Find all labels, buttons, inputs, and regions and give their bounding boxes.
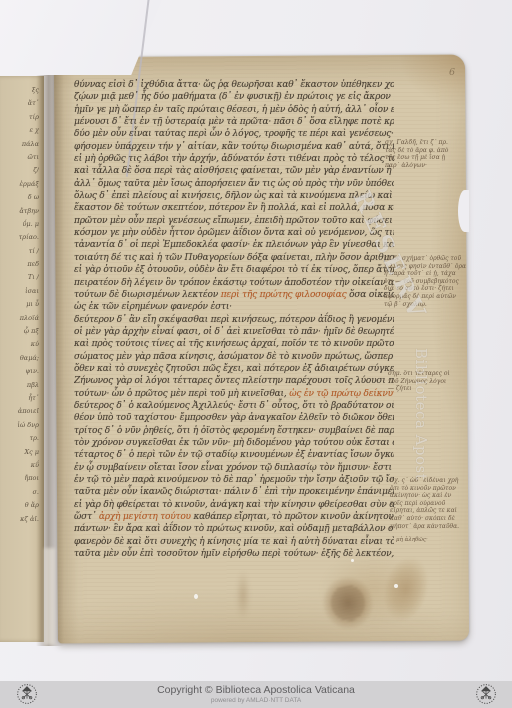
left-page-fragment: ἧτ᾽ (0, 392, 39, 405)
manuscript-line: κόσμον γε μὴν οὐδὲν ἧττον ὁρῶμεν ἀΐδιον … (74, 227, 394, 239)
margin-note-line: ἡ λύσις φησὶν ἐνταῦθ᾽ ὅρα· (384, 263, 466, 271)
left-page-fragment: ἰώ δνρ (0, 419, 39, 432)
left-page-fragment: ξς (0, 84, 39, 97)
line-text: τρίτος δ᾽ ὁ νῦν ῥηθείς, ὅτι ἡ ὀϊστὸς φερ… (74, 426, 394, 436)
line-text: εἰ μὴ ὀρθῶς τις λάβοι τὴν ἀρχήν, ἀδύνατό… (74, 154, 394, 164)
line-text: ἕκαστον δὲ τούτων σκεπτέον, πότερον ἓν ἢ… (74, 203, 394, 213)
left-page-fragment: κύ (0, 338, 39, 351)
margin-note-line: ἀκίνητον· ὡς καὶ ἐν (390, 492, 472, 500)
manuscript-line: δύο μὲν οὖν εἶναι ταύτας περὶ ὧν ὁ λόγος… (74, 128, 394, 140)
parchment-hole (194, 594, 198, 599)
manuscript-line: δεύτερος δ᾽ ὁ καλούμενος Ἀχιλλεύς· ἔστι … (74, 400, 394, 412)
manuscript-line: τὸν χρόνον συγκεῖσθαι ἐκ τῶν νῦν· μὴ διδ… (74, 437, 394, 449)
line-text: κόσμον γε μὴν οὐδὲν ἧττον ὁρῶμεν ἀΐδιον … (74, 228, 394, 238)
manuscript-line: ὥστ᾽ ἀρχὴ μεγίστη τούτου καθάπερ εἴρηται… (74, 511, 394, 523)
line-text: πειρατέον δὴ λέγειν ὃν τρόπον ἑκάστῳ τού… (74, 278, 394, 288)
left-page-fragment: ἄτβην (0, 205, 39, 218)
margin-note-3: σημ. ὅτι τέτταρες οἱτοῦ Ζήνωνος λόγοι— ζ… (388, 370, 470, 393)
left-page-text-fragments: ξςἅτ᾽τίρε χπάλαῶτιζ/ἑρμάξδ ωἄτβηνΰμ. μτρ… (0, 84, 39, 526)
line-text: ὥστ᾽ (74, 512, 99, 522)
manuscript-line: καὶ πρὸς τούτοις τίνες αἱ τῆς κινήσεως ἀ… (74, 338, 394, 350)
manuscript-line: φανερὸν δὲ καὶ ὅτι συνεχὴς ἡ κίνησις μία… (74, 536, 394, 548)
margin-note-line: εἴρηται, ἁπλῶς τε καὶ (390, 507, 472, 515)
line-text: ὅθεν καὶ τὸ συνεχὲς ζητοῦσι πῶς ἔχει, κα… (74, 364, 394, 374)
manuscript-line: τέταρτος δ᾽ ὁ περὶ τῶν ἐν τῷ σταδίῳ κινο… (74, 449, 394, 461)
margin-note-line: τῷ β´ σχολίῳ. (384, 301, 466, 309)
line-text: θύννας εἰσὶ δ᾽ ἰχθύδια ἄττα· ὥς ῥᾳ θεωρῆ… (74, 80, 394, 90)
manuscript-line: ὅλως δ᾽ ἐπεὶ πλείους αἱ κινήσεις, δῆλον … (74, 190, 394, 202)
left-page-fragment: Τι / (0, 271, 39, 284)
footer-bar: Copyright © Biblioteca Apostolica Vatica… (0, 681, 512, 708)
margin-note-line: καθ᾽ αὑτό· σκόπει δὲ (390, 515, 472, 523)
margin-note-line: ἀφορμᾶς δὲ περὶ αὐτῶν (384, 293, 466, 301)
line-text: ταῦτα μὲν οὖν ἱκανῶς διώρισται· πάλιν δ᾽… (74, 487, 394, 497)
margin-note-line: παρ᾽ ἀλόγων· (385, 162, 467, 170)
line-text: τἀναντία δ᾽ οἱ περὶ Ἐμπεδοκλέα φασίν· ἐκ… (74, 240, 394, 250)
margin-note-line: μήποτ᾽ ἄρα κἀνταῦθα. (390, 523, 472, 531)
line-text: καὶ πρὸς τούτοις τίνες αἱ τῆς κινήσεως ἀ… (74, 339, 394, 349)
manuscript-line: θέον ὑπὸ τοῦ ταχίστου· ἔμπροσθεν γὰρ ἀνα… (74, 412, 394, 424)
line-text: πρῶτον μὲν οὖν περὶ γενέσεως εἴπωμεν, ἐπ… (74, 216, 394, 226)
left-page-fragment: ἑρμάξ (0, 178, 39, 191)
margin-note-line: — ζήτει (388, 385, 470, 393)
line-text: τούτων· ὧν ὁ πρῶτος μὲν περὶ τοῦ μὴ κινε… (74, 389, 289, 399)
line-text: τοιαύτη δέ τις καὶ ἡ τῶν Πυθαγορείων δόξ… (74, 253, 394, 263)
manuscript-line: οἱ μὲν γὰρ ἀρχὴν εἶναί φασι, οἱ δ᾽ ἀεὶ κ… (74, 326, 394, 338)
left-page-fragment: ῶτι (0, 151, 39, 164)
manuscript-line: φήσομεν ὑπάρχειν τήν γ᾽ αἰτίαν, κἂν τούτ… (74, 141, 394, 153)
margin-note-line: τὰς δὲ τὸ ἄρα φ. ἀπὸ (385, 147, 467, 155)
vatican-seal-icon (16, 683, 38, 705)
manuscript-line: Ζήνωνος γὰρ οἱ λόγοι τέτταρες ὄντες πλεί… (74, 375, 394, 387)
manuscript-line: εἰ γὰρ ὁτιοῦν ἐξ ὁτουοῦν, οὐδὲν ἂν ἔτι δ… (74, 264, 394, 276)
manuscript-line: ταῦτα μὲν οὖν ἐπὶ τοσοῦτον ἡμῖν εἰρήσθω … (74, 548, 394, 560)
left-page-fragment: ἤποι (0, 472, 39, 485)
manuscript-line: τούτων δὲ διωρισμένων λεκτέον περὶ τῆς π… (74, 289, 394, 301)
rubricated-text: ἀρχὴ μεγίστη τούτου (99, 512, 191, 522)
line-text: ὡς ἐκ τῶν εἰρημένων φανερόν ἐστι· (74, 302, 232, 312)
line-text: εἰ γὰρ δὴ φθείρεται τὸ κινοῦν, ἀνάγκη κα… (74, 500, 394, 510)
left-page-fragment: σ. (0, 486, 39, 499)
margin-note-line: τοῖς περὶ οὐρανοῦ (390, 500, 472, 508)
rubricated-text: περὶ τῆς πρώτης φιλοσοφίας (221, 290, 347, 300)
manuscript-line: θύννας εἰσὶ δ᾽ ἰχθύδια ἄττα· ὥς ῥᾳ θεωρῆ… (74, 79, 394, 91)
left-page-fragment: ΰμ. μ (0, 218, 39, 231)
margin-note-line: τῆς ἔσω τῇ μὲ ἴσα ᾖ (385, 154, 467, 162)
margin-note-line: ὅτι — τοῦ συμβεβηκότος (384, 278, 466, 286)
margin-note-line: ἢ παρὰ τοῦτ᾽ εἰ ᾖ, τάχα (384, 270, 466, 278)
manuscript-line: πρῶτον μὲν οὖν περὶ γενέσεως εἴπωμεν, ἐπ… (74, 215, 394, 227)
line-text: οἱ μὲν γὰρ ἀρχὴν εἶναί φασι, οἱ δ᾽ ἀεὶ κ… (74, 327, 394, 337)
left-page-fragment: τρίαο. (0, 231, 39, 244)
manuscript-line: ἀλλ᾽ ὅμως ταῦτα μὲν ἴσως ἀπορήσειεν ἄν τ… (74, 178, 394, 190)
left-page-fragment: πλοϊά (0, 312, 39, 325)
line-text: ἡμῖν γε μὴ ὥσπερ ἐν ταῖς πρώταις θέσεσι,… (74, 105, 394, 115)
catchword: μὴ ἀληθῶς· (396, 537, 428, 543)
line-text: δύο μὲν οὖν εἶναι ταύτας περὶ ὧν ὁ λόγος… (74, 129, 394, 139)
left-page-fragment: τί / (0, 245, 39, 258)
manuscript-line: πάντων· ἓν ἄρα καὶ ἀΐδιον τὸ πρώτως κινο… (74, 523, 394, 535)
left-page-fragment: κΰ (0, 459, 39, 472)
manuscript-line: τρίτος δ᾽ ὁ νῦν ῥηθείς, ὅτι ἡ ὀϊστὸς φερ… (74, 425, 394, 437)
vatican-seal-icon (475, 683, 497, 705)
left-page-fragment: θ ἅρ (0, 499, 39, 512)
gutter-fold-highlight (44, 548, 55, 645)
line-text: θέον ὑπὸ τοῦ ταχίστου· ἔμπροσθεν γὰρ ἀνα… (74, 413, 394, 423)
left-page-fragment: Χς μ (0, 446, 39, 459)
manuscript-line: δεύτερον δ᾽ ἂν εἴη σκέψασθαι περὶ κινήσε… (74, 314, 394, 326)
margin-note-line: τὰ δὲ σχήματ᾽ ὀρθῶς τοῦ (384, 255, 466, 263)
line-text: καὶ τἆλλα δὲ ὅσα περὶ τὰς αἰσθήσεις φαίν… (74, 166, 394, 176)
line-text: μένουσι δ᾽ ἔτι ἐν τῇ ὑστεραίᾳ μὲν τὰ πρῶ… (74, 117, 394, 127)
left-page-fragment: ἀποιεῖ (0, 405, 39, 418)
left-page-fragment: ἅτ᾽ (0, 97, 39, 110)
margin-note-2: τὰ δὲ σχήματ᾽ ὀρθῶς τοῦἡ λύσις φησὶν ἐντ… (384, 255, 466, 308)
line-text: πάντων· ἓν ἄρα καὶ ἀΐδιον τὸ πρώτως κινο… (74, 524, 394, 534)
left-page-fragment: πβλ (0, 379, 39, 392)
parchment-hole (351, 559, 354, 562)
line-text: ἀλλ᾽ ὅμως ταῦτα μὲν ἴσως ἀπορήσειεν ἄν τ… (74, 179, 394, 189)
left-page-fragment: κζ ἀϊ. (0, 513, 39, 526)
left-page-fragment: τρ. (0, 432, 39, 445)
line-text: τέταρτος δ᾽ ὁ περὶ τῶν ἐν τῷ σταδίῳ κινο… (74, 450, 394, 460)
left-page-fragment: ἰσαι (0, 285, 39, 298)
stain-streak (236, 570, 250, 620)
manuscript-line: τἀναντία δ᾽ οἱ περὶ Ἐμπεδοκλέα φασίν· ἐκ… (74, 239, 394, 251)
margin-note-line: ὅτι τὸ κινοῦν πρῶτον (390, 485, 472, 493)
line-text: σώματος μὲν γὰρ πᾶσα κίνησις, ἀσώματον δ… (74, 352, 394, 362)
manuscript-line: ἕκαστον δὲ τούτων σκεπτέον, πότερον ἓν ἢ… (74, 202, 394, 214)
line-text: Ζήνωνος γὰρ οἱ λόγοι τέτταρες ὄντες πλεί… (74, 376, 394, 386)
left-page-fragment: πεδ (0, 258, 39, 271)
powered-by-text: powered by AMLAD·NTT DATA (211, 697, 301, 705)
manuscript-line: καὶ τἆλλα δὲ ὅσα περὶ τὰς αἰσθήσεις φαίν… (74, 165, 394, 177)
line-text: ὅλως δ᾽ ἐπεὶ πλείους αἱ κινήσεις, δῆλον … (74, 191, 394, 201)
line-text: φήσομεν ὑπάρχειν τήν γ᾽ αἰτίαν, κἂν τούτ… (74, 142, 394, 152)
left-page-fragment: ε χ (0, 124, 39, 137)
manuscript-line: εἰ μὴ ὀρθῶς τις λάβοι τὴν ἀρχήν, ἀδύνατό… (74, 153, 394, 165)
manuscript-line: σώματος μὲν γὰρ πᾶσα κίνησις, ἀσώματον δ… (74, 351, 394, 363)
left-page-fragment: ζ/ (0, 164, 39, 177)
margin-note-1: σχ. Γαλδῆ, ἔτι ζ´ πρ.τὰς δὲ τὸ ἄρα φ. ἀπ… (385, 139, 467, 169)
manuscript-line: εἰ γὰρ δὴ φθείρεται τὸ κινοῦν, ἀνάγκη κα… (74, 499, 394, 511)
folio-number: 6 (449, 67, 455, 78)
left-page-fragment: μι ὗ (0, 298, 39, 311)
margin-note-line: διὰ τὸ αὐτὸ ἔστι· ζήτει (384, 285, 466, 293)
rubricated-text: ὡς ἐν τῷ πρώτῳ δείκνυται (289, 389, 394, 399)
manuscript-line: τούτων· ὧν ὁ πρῶτος μὲν περὶ τοῦ μὴ κινε… (74, 388, 394, 400)
left-page-fragment: ᾧ πξ (0, 325, 39, 338)
manuscript-line: τοιαύτη δέ τις καὶ ἡ τῶν Πυθαγορείων δόξ… (74, 252, 394, 264)
manuscript-line: ζῴων μιᾷ μεθ᾽ ἧς δύο μαθήματα (δ᾽ ἐν φυσ… (74, 91, 394, 103)
line-text: ἐν τῷ τὸ μὲν παρὰ κινούμενον τὸ δὲ παρ᾽ … (74, 475, 394, 485)
line-text: ἐν ᾧ συμβαίνειν οἴεται ἴσον εἶναι χρόνον… (74, 463, 394, 473)
line-text: ζῴων μιᾷ μεθ᾽ ἧς δύο μαθήματα (δ᾽ ἐν φυσ… (74, 92, 394, 102)
line-text: εἰ γὰρ ὁτιοῦν ἐξ ὁτουοῦν, οὐδὲν ἂν ἔτι δ… (74, 265, 394, 275)
line-text: δεύτερος δ᾽ ὁ καλούμενος Ἀχιλλεύς· ἔστι … (74, 401, 394, 411)
manuscript-line: ταῦτα μὲν οὖν ἱκανῶς διώρισται· πάλιν δ᾽… (74, 486, 394, 498)
left-page-fragment: πάλα (0, 138, 39, 151)
line-text: τούτων δὲ διωρισμένων λεκτέον (74, 290, 221, 300)
manuscript-line: ὡς ἐκ τῶν εἰρημένων φανερόν ἐστι· (74, 301, 394, 313)
copyright-text: Copyright © Biblioteca Apostolica Vatica… (157, 684, 355, 696)
margin-note-4: σχ. ς´ ὧδ᾽ εἰδέναι χρὴὅτι τὸ κινοῦν πρῶτ… (390, 477, 472, 530)
line-text: καθάπερ εἴρηται, τὸ πρῶτον κινοῦν ἀκίνητ… (191, 512, 394, 522)
margin-note-line: σχ. ς´ ὧδ᾽ εἰδέναι χρὴ (390, 477, 472, 485)
parchment-hole (394, 584, 398, 588)
margin-note-line: σημ. ὅτι τέτταρες οἱ (388, 370, 470, 378)
manuscript-line: πειρατέον δὴ λέγειν ὃν τρόπον ἑκάστῳ τού… (74, 277, 394, 289)
margin-note-line: σχ. Γαλδῆ, ἔτι ζ´ πρ. (385, 139, 467, 147)
line-text: δεύτερον δ᾽ ἂν εἴη σκέψασθαι περὶ κινήσε… (74, 315, 394, 325)
line-text: ταῦτα μὲν οὖν ἐπὶ τοσοῦτον ἡμῖν εἰρήσθω … (74, 549, 394, 559)
margin-note-line: τοῦ Ζήνωνος λόγοι (388, 378, 470, 386)
left-page-fragment: ψιν. (0, 365, 39, 378)
manuscript-line: μένουσι δ᾽ ἔτι ἐν τῇ ὑστεραίᾳ μὲν τὰ πρῶ… (74, 116, 394, 128)
line-text: τὸν χρόνον συγκεῖσθαι ἐκ τῶν νῦν· μὴ διδ… (74, 438, 394, 448)
manuscript-line: ἐν τῷ τὸ μὲν παρὰ κινούμενον τὸ δὲ παρ᾽ … (74, 474, 394, 486)
manuscript-line: ἡμῖν γε μὴ ὥσπερ ἐν ταῖς πρώταις θέσεσι,… (74, 104, 394, 116)
digitized-manuscript-view: ξςἅτ᾽τίρε χπάλαῶτιζ/ἑρμάξδ ωἄτβηνΰμ. μτρ… (0, 0, 512, 708)
manuscript-line: ὅθεν καὶ τὸ συνεχὲς ζητοῦσι πῶς ἔχει, κα… (74, 363, 394, 375)
page-edge-damage (458, 190, 469, 232)
left-page-fragment: τίρ (0, 111, 39, 124)
manuscript-line: ἐν ᾧ συμβαίνειν οἴεται ἴσον εἶναι χρόνον… (74, 462, 394, 474)
main-text-block: θύννας εἰσὶ δ᾽ ἰχθύδια ἄττα· ὥς ῥᾳ θεωρῆ… (74, 79, 394, 561)
line-text: φανερὸν δὲ καὶ ὅτι συνεχὴς ἡ κίνησις μία… (74, 537, 394, 547)
left-page-fragment: δ ω (0, 191, 39, 204)
left-page-fragment: θαμά; (0, 352, 39, 365)
